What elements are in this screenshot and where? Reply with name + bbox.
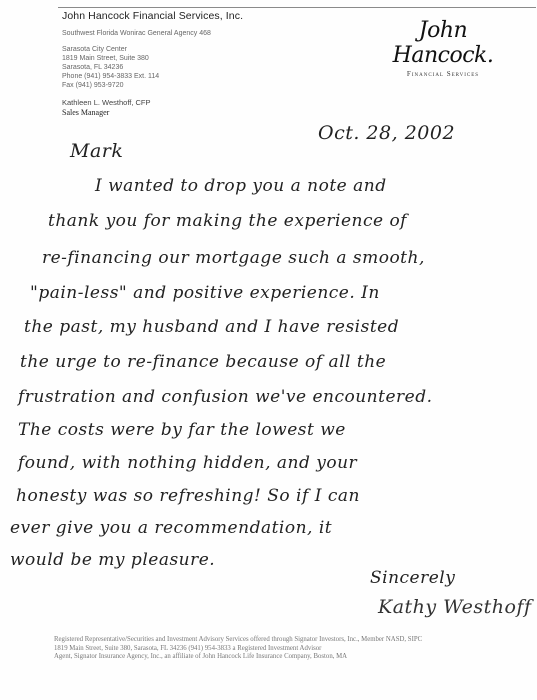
letterhead: John Hancock Financial Services, Inc. So… bbox=[62, 10, 243, 117]
body-line: the past, my husband and I have resisted bbox=[24, 317, 399, 337]
address-block: Sarasota City Center 1819 Main Street, S… bbox=[62, 45, 243, 90]
footer-line: Agent, Signator Insurance Agency, Inc., … bbox=[54, 653, 422, 662]
footer-line: Registered Representative/Securities and… bbox=[54, 636, 422, 645]
fax-line: Fax (941) 953-9720 bbox=[62, 81, 243, 90]
body-line: found, with nothing hidden, and your bbox=[18, 453, 357, 473]
body-line: honesty was so refreshing! So if I can bbox=[16, 486, 360, 506]
body-line: re-financing our mortgage such a smooth, bbox=[42, 248, 425, 268]
phone-line: Phone (941) 954-3833 Ext. 114 bbox=[62, 72, 243, 81]
logo-subtitle: Financial Services bbox=[378, 70, 508, 78]
body-line: frustration and confusion we've encounte… bbox=[18, 387, 433, 407]
footer-line: 1819 Main Street, Suite 380, Sarasota, F… bbox=[54, 645, 422, 654]
body-line: thank you for making the experience of bbox=[48, 211, 407, 231]
body-line: I wanted to drop you a note and bbox=[95, 176, 387, 196]
address-line: 1819 Main Street, Suite 380 bbox=[62, 54, 243, 63]
body-line: ever give you a recommendation, it bbox=[10, 518, 332, 538]
company-logo: John Hancock. Financial Services bbox=[378, 18, 508, 78]
disclosure-footer: Registered Representative/Securities and… bbox=[54, 636, 422, 662]
logo-wordmark: John Hancock. bbox=[378, 18, 508, 68]
closing: Sincerely bbox=[370, 568, 455, 588]
signature: Kathy Westhoff bbox=[378, 596, 532, 618]
body-line: would be my pleasure. bbox=[10, 550, 215, 570]
sender-name: Kathleen L. Westhoff, CFP bbox=[62, 98, 243, 107]
body-line: The costs were by far the lowest we bbox=[18, 420, 346, 440]
sender-title: Sales Manager bbox=[62, 108, 243, 117]
agency-name: Southwest Florida Wonirac General Agency… bbox=[62, 30, 243, 37]
letter-page: John Hancock Financial Services, Inc. So… bbox=[0, 0, 537, 700]
address-line: Sarasota, FL 34236 bbox=[62, 63, 243, 72]
address-line: Sarasota City Center bbox=[62, 45, 243, 54]
header-rule bbox=[58, 7, 536, 8]
company-name: John Hancock Financial Services, Inc. bbox=[62, 10, 243, 22]
letter-date: Oct. 28, 2002 bbox=[318, 122, 455, 144]
body-line: the urge to re-finance because of all th… bbox=[20, 352, 386, 372]
body-line: "pain-less" and positive experience. In bbox=[30, 283, 380, 303]
salutation: Mark bbox=[70, 140, 123, 162]
